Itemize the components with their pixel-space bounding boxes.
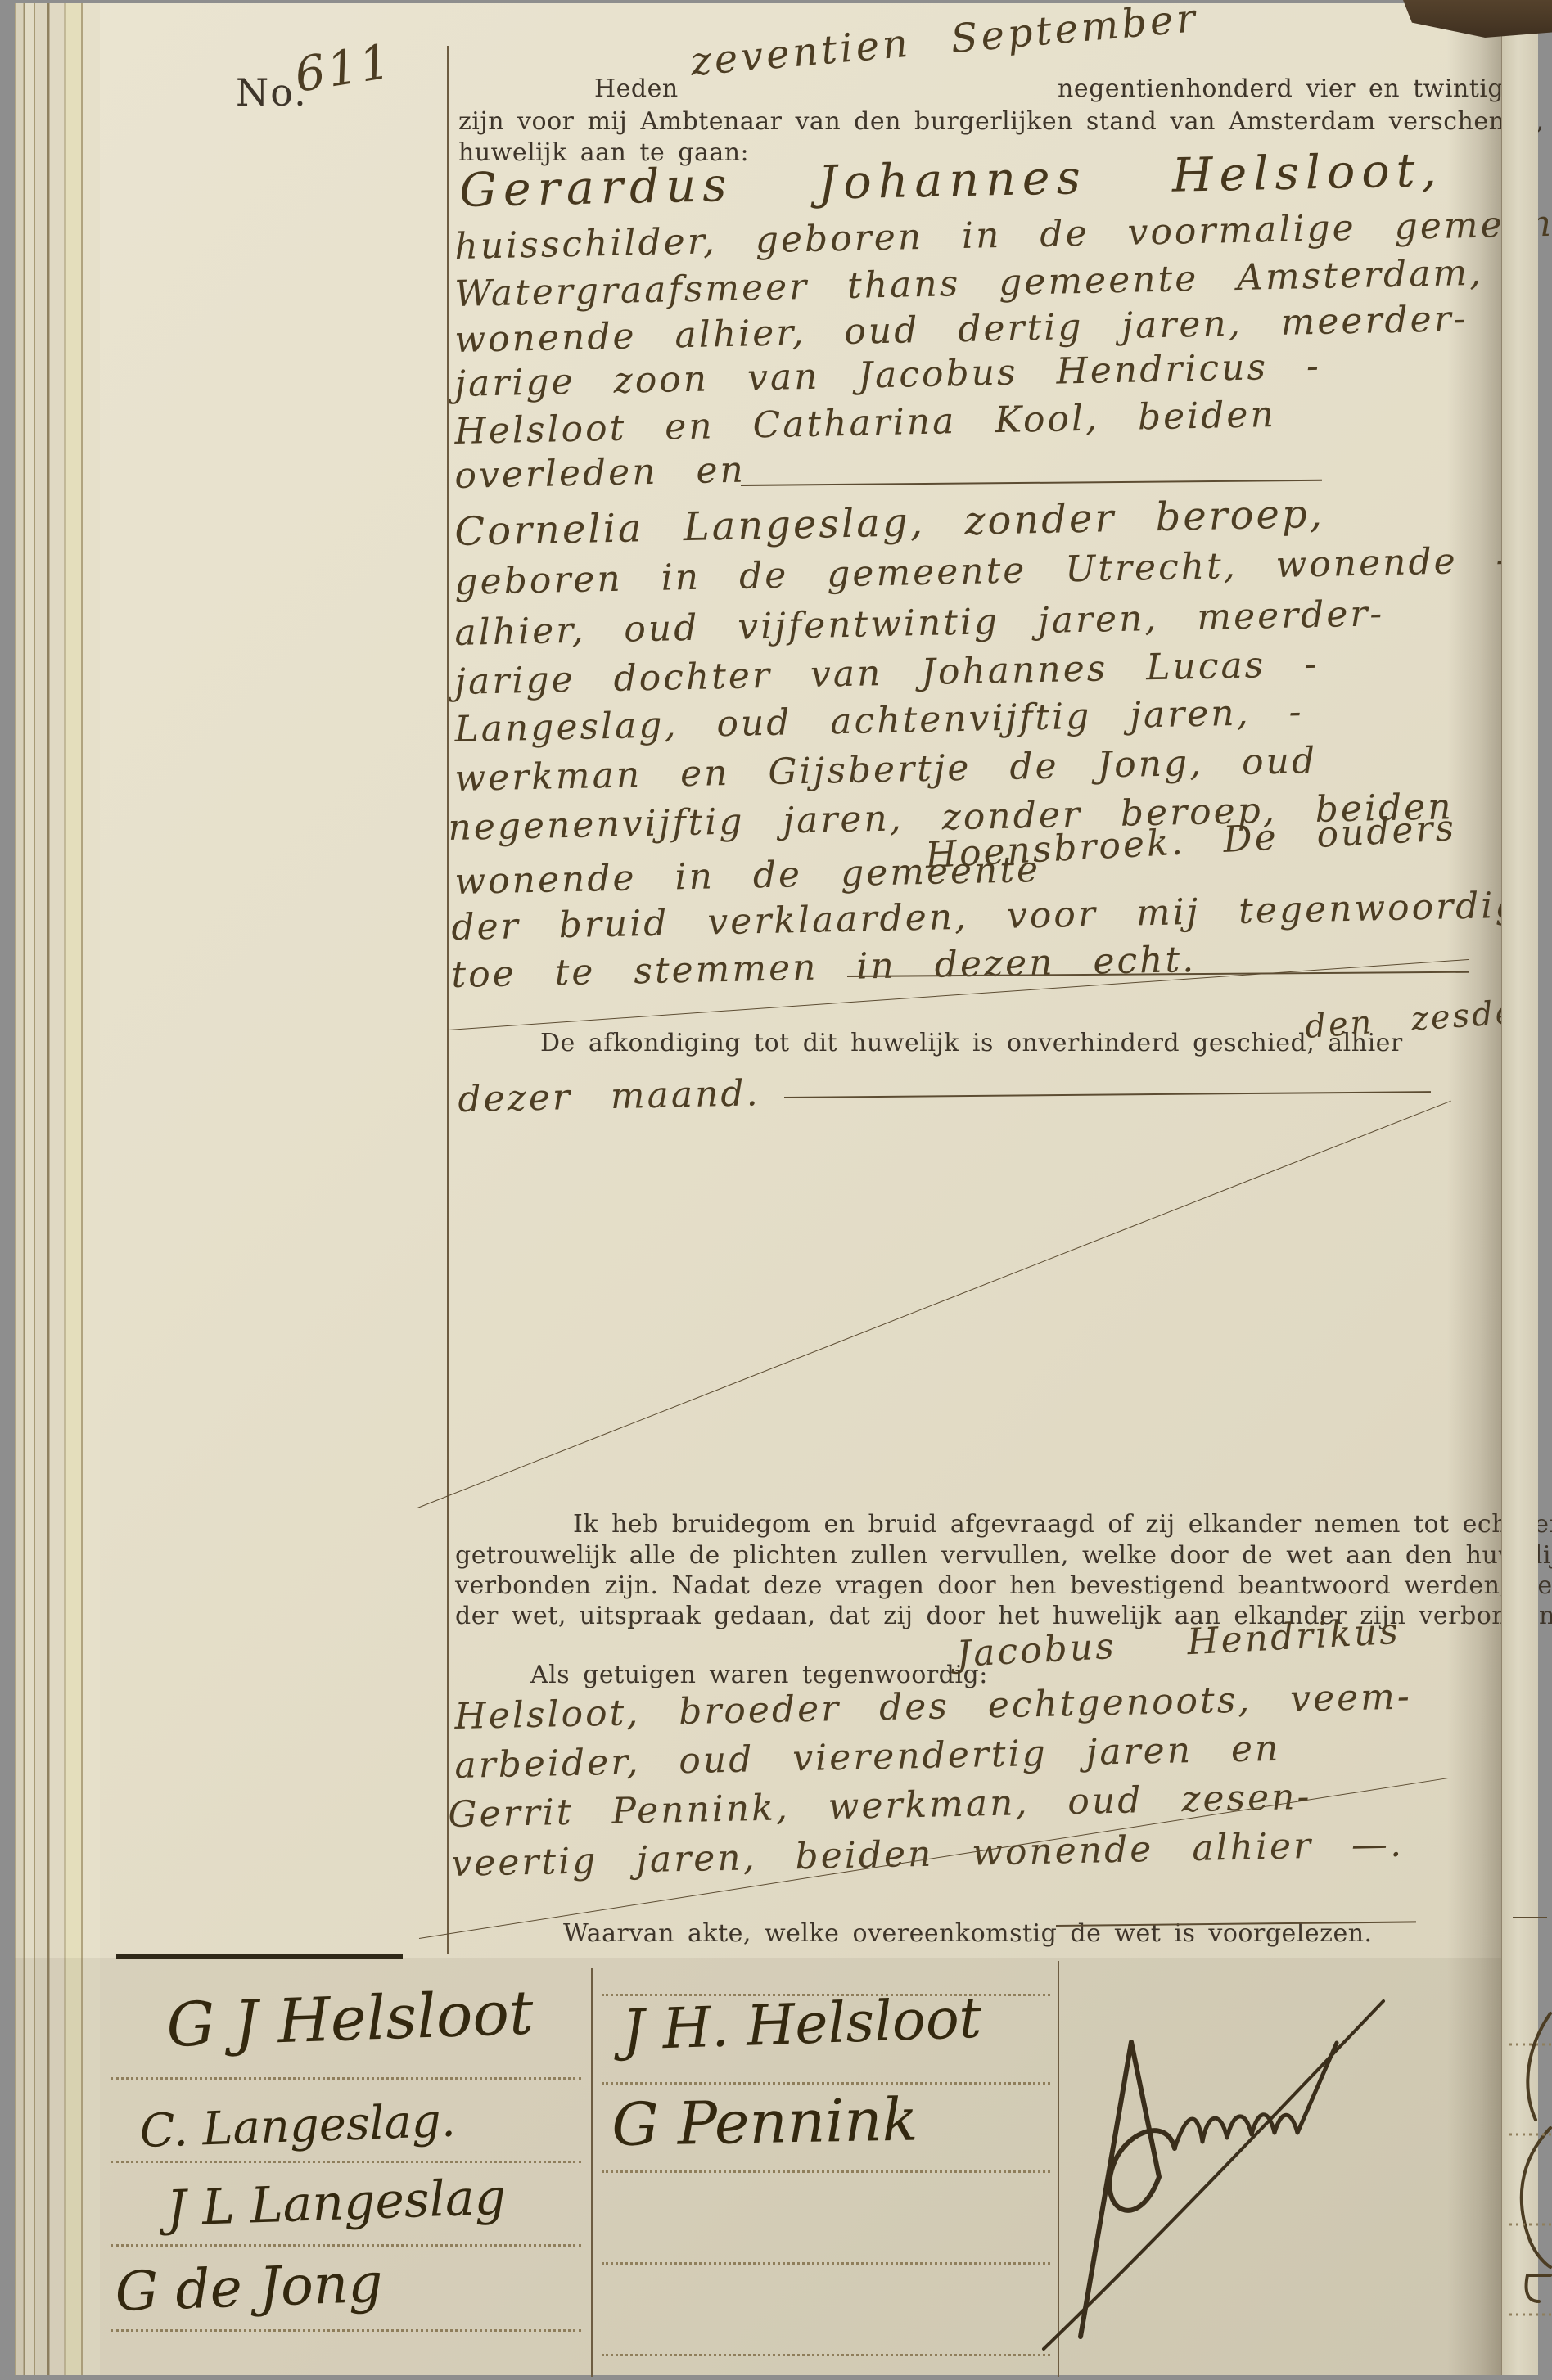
adjacent-page-writing (1503, 1997, 1552, 2341)
signature-dotted-line-left-2 (111, 2161, 581, 2163)
signature-witness-2: G Pennink (611, 2085, 918, 2159)
signature-bride: C. Langeslag. (139, 2094, 457, 2158)
groom-line-7: overleden en (454, 449, 746, 497)
witness-intro: Als getuigen waren tegenwoordig: (530, 1661, 988, 1688)
signature-dotted-line-left-1 (111, 2077, 581, 2080)
official-signature-flourish (999, 1964, 1457, 2357)
header-year: negentienhonderd vier en twintig (1058, 75, 1504, 102)
signature-dotted-line-mid-3 (602, 2170, 1050, 2173)
signature-bride-mother: G de Jong (114, 2252, 383, 2324)
witness-signature-box-left-rule (591, 1968, 593, 2377)
declaration-line-3: verbonden zijn. Nadat deze vragen door h… (455, 1572, 1552, 1599)
signature-groom: G J Helsloot (165, 1977, 535, 2061)
signature-dotted-line-left-4 (111, 2329, 581, 2332)
scanned-marriage-register-photo: { "page": { "act_number": { "label": "No… (0, 0, 1552, 2380)
signature-witness-1: J H. Helsloot (621, 1986, 982, 2063)
signature-dotted-line-mid-4 (602, 2262, 1050, 2265)
header-line2: zijn voor mij Ambtenaar van den burgerli… (458, 108, 1552, 135)
signature-dotted-line-left-3 (111, 2244, 581, 2247)
margin-rule (447, 46, 449, 1954)
signature-dotted-line-mid-5 (602, 2354, 1050, 2356)
signature-bride-father: J L Langeslag (166, 2169, 508, 2238)
header-heden: Heden (594, 75, 679, 102)
signature-dotted-line-mid-2 (602, 2082, 1050, 2085)
proclamation-printed: De afkondiging tot dit huwelijk is onver… (540, 1030, 1403, 1057)
adjacent-page-rule-fragment (1513, 1917, 1547, 1918)
signature-block-top-line (116, 1954, 403, 1959)
declaration-line-2: getrouwelijk alle de plichten zullen ver… (455, 1542, 1552, 1569)
declaration-line-1: Ik heb bruidegom en bruid afgevraagd of … (573, 1511, 1552, 1538)
proclamation-line2-handwritten: dezer maand. (458, 1072, 760, 1120)
gutter-shadow (1447, 3, 1501, 2375)
